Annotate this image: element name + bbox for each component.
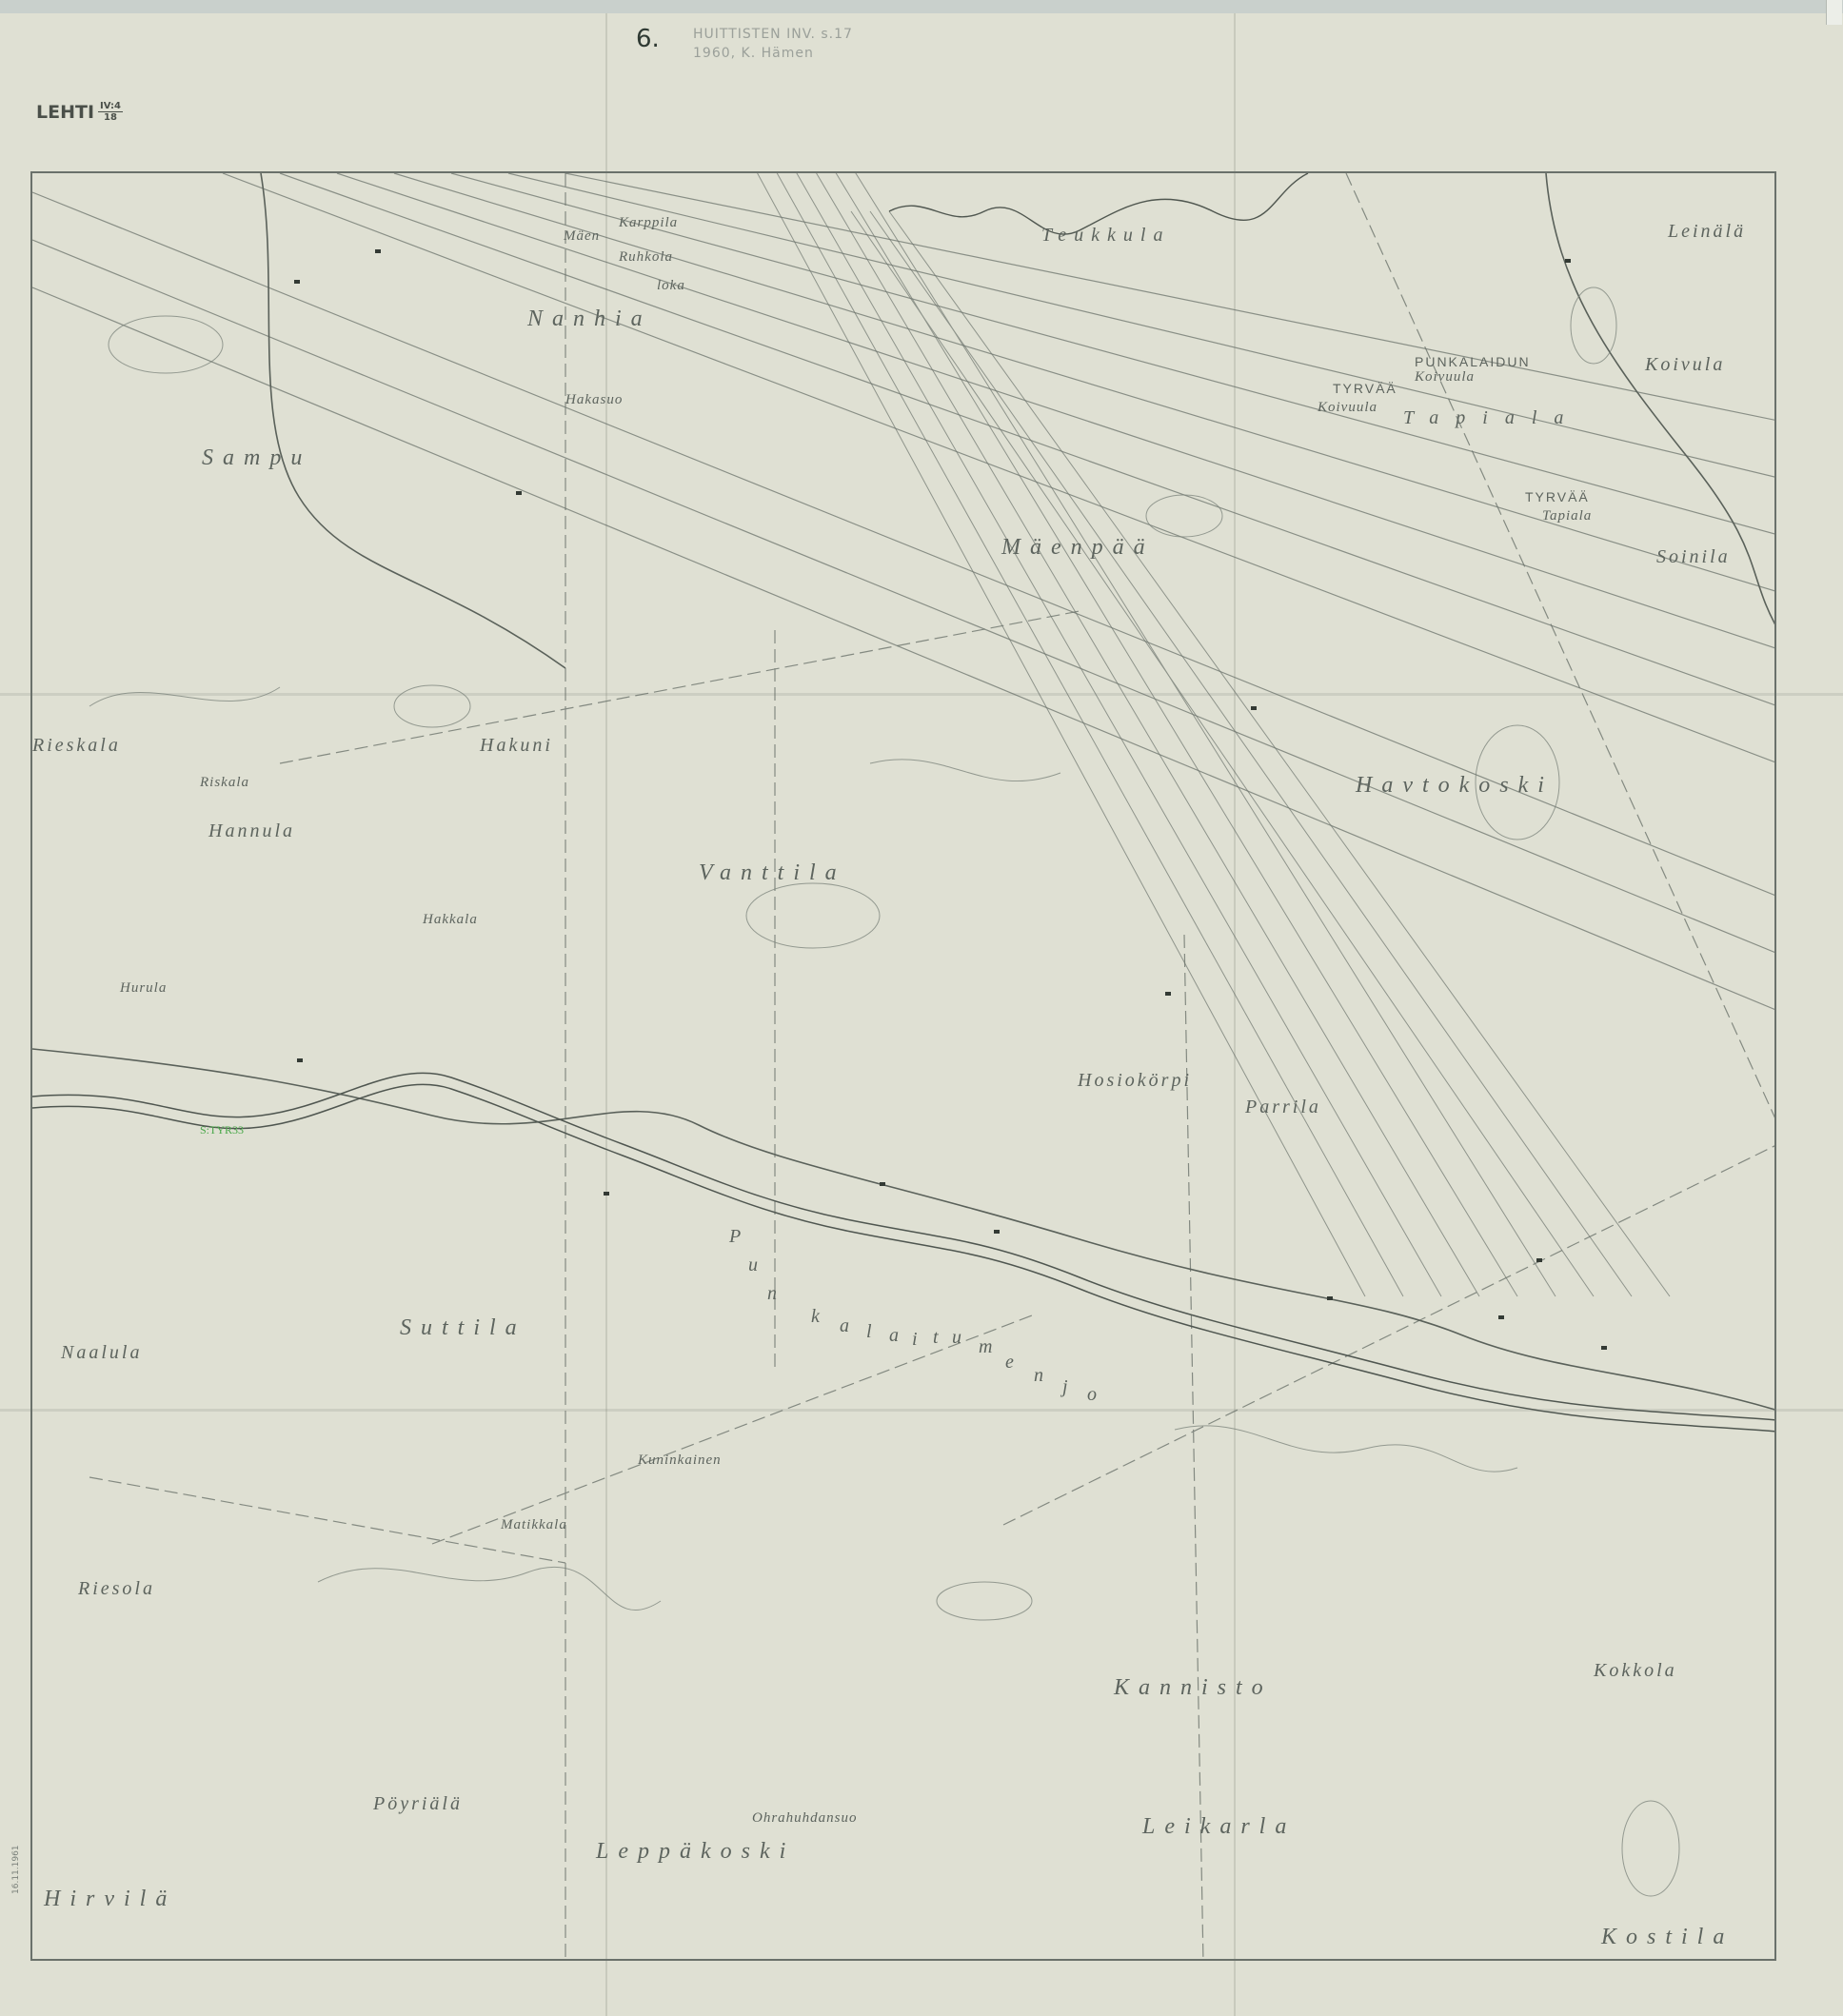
sheet-label: LEHTI IV:4 18: [36, 101, 123, 123]
region-label-maenpaa: Mäenpää: [1001, 535, 1155, 561]
sheet-label-fraction: IV:4 18: [98, 101, 123, 123]
marginal-date: 16.11.1961: [11, 1845, 21, 1894]
river-letter: a: [889, 1325, 902, 1347]
region-label-kannisto: Kannisto: [1114, 1675, 1273, 1701]
river-letter: m: [979, 1336, 995, 1358]
place-label-hakasuo: Hakasuo: [565, 392, 623, 408]
place-label-kuninkainen: Kuninkainen: [638, 1453, 722, 1469]
pencil-annotation: HUITTISTEN INV. s.17 1960, K. Hämen: [693, 25, 853, 63]
place-label-maen: Mäen: [564, 228, 600, 245]
place-label-koivuula: Koivuula: [1318, 400, 1377, 416]
region-label-hosiokorpi: Hosiokörpi: [1078, 1070, 1192, 1092]
tape-mark: [1826, 0, 1842, 25]
river-letter: a: [840, 1315, 852, 1337]
map-frame: Sampu Nanhia Mäenpää Vanttila Havtokoski…: [30, 171, 1776, 1961]
river-letter: n: [1034, 1365, 1046, 1387]
river-letter: P: [729, 1226, 743, 1248]
place-label-koivuula-2: Koivuula: [1415, 369, 1475, 385]
region-label-hannula: Hannula: [208, 820, 295, 842]
region-label-tapiala: Tapiala: [1403, 407, 1580, 429]
river-letter: n: [767, 1283, 780, 1305]
region-label-riesola: Riesola: [78, 1578, 155, 1600]
fraction-top: IV:4: [98, 101, 123, 112]
region-label-soinila: Soinila: [1656, 546, 1731, 568]
region-label-poyriala: Pöyriälä: [373, 1793, 463, 1815]
region-label-leppakoski: Leppäkoski: [596, 1839, 795, 1865]
place-label-riskala: Riskala: [200, 775, 249, 791]
place-label-ruhkola: Ruhkola: [619, 249, 673, 266]
parish-label-tyrvaa-2: TYRVÄÄ: [1525, 489, 1590, 504]
place-label-karppila: Karppila: [619, 215, 678, 231]
place-label-ohrahuhdansuo: Ohrahuhdansuo: [752, 1810, 858, 1827]
sheet-number: 6.: [636, 25, 660, 53]
region-label-vanttila: Vanttila: [699, 860, 846, 886]
map-linework: [32, 173, 1776, 1961]
parish-label-tyrvaa-1: TYRVÄÄ: [1333, 381, 1397, 396]
region-label-hakuni: Hakuni: [480, 735, 553, 757]
river-punkalaitumenjoki: [32, 1073, 1776, 1432]
pencil-note-line-2: 1960, K. Hämen: [693, 44, 853, 63]
region-label-kokkola: Kokkola: [1594, 1660, 1677, 1682]
region-label-rieskala: Rieskala: [32, 735, 121, 757]
place-label-loka: loka: [657, 278, 685, 294]
place-label-hurula: Hurula: [120, 980, 167, 997]
region-label-kostila: Kostila: [1601, 1925, 1734, 1950]
boundary-lines: [89, 173, 1776, 1961]
region-label-leikarla: Leikarla: [1142, 1814, 1296, 1840]
river-letter: u: [952, 1327, 964, 1349]
green-annotation: S:TYR33: [200, 1123, 244, 1137]
railway-fan: [737, 173, 1670, 1296]
region-label-nanhia: Nanhia: [527, 306, 652, 332]
place-label-matikkala: Matikkala: [501, 1517, 567, 1533]
river-letter: j: [1062, 1376, 1071, 1398]
river-letter: o: [1087, 1384, 1100, 1406]
pencil-note-line-1: HUITTISTEN INV. s.17: [693, 25, 853, 44]
river-letter: l: [866, 1321, 875, 1343]
river-letter: t: [933, 1327, 941, 1349]
region-label-havtokoski: Havtokoski: [1356, 773, 1554, 799]
place-label-tapiala: Tapiala: [1542, 508, 1592, 524]
region-label-koivula: Koivula: [1645, 354, 1725, 376]
sheet-label-prefix: LEHTI: [36, 102, 94, 123]
region-label-sampu: Sampu: [202, 445, 311, 471]
region-label-leinala: Leinälä: [1668, 221, 1746, 243]
river-letter: u: [748, 1255, 761, 1276]
region-label-suttila: Suttila: [400, 1315, 526, 1341]
parish-label-punkalaidun: PUNKALAIDUN: [1415, 354, 1531, 369]
fraction-bottom: 18: [104, 112, 117, 123]
region-label-parrila: Parrila: [1245, 1097, 1321, 1118]
region-label-hirvila: Hirvilä: [44, 1887, 176, 1912]
river-letter: i: [912, 1329, 921, 1351]
region-label-teukkula: Teukkula: [1041, 225, 1170, 247]
river-letter: k: [811, 1306, 822, 1328]
diagonal-strip-fields: [32, 173, 1776, 1011]
region-label-naalula: Naalula: [61, 1342, 142, 1364]
river-letter: e: [1005, 1352, 1017, 1374]
place-label-hakkala: Hakkala: [423, 912, 478, 928]
